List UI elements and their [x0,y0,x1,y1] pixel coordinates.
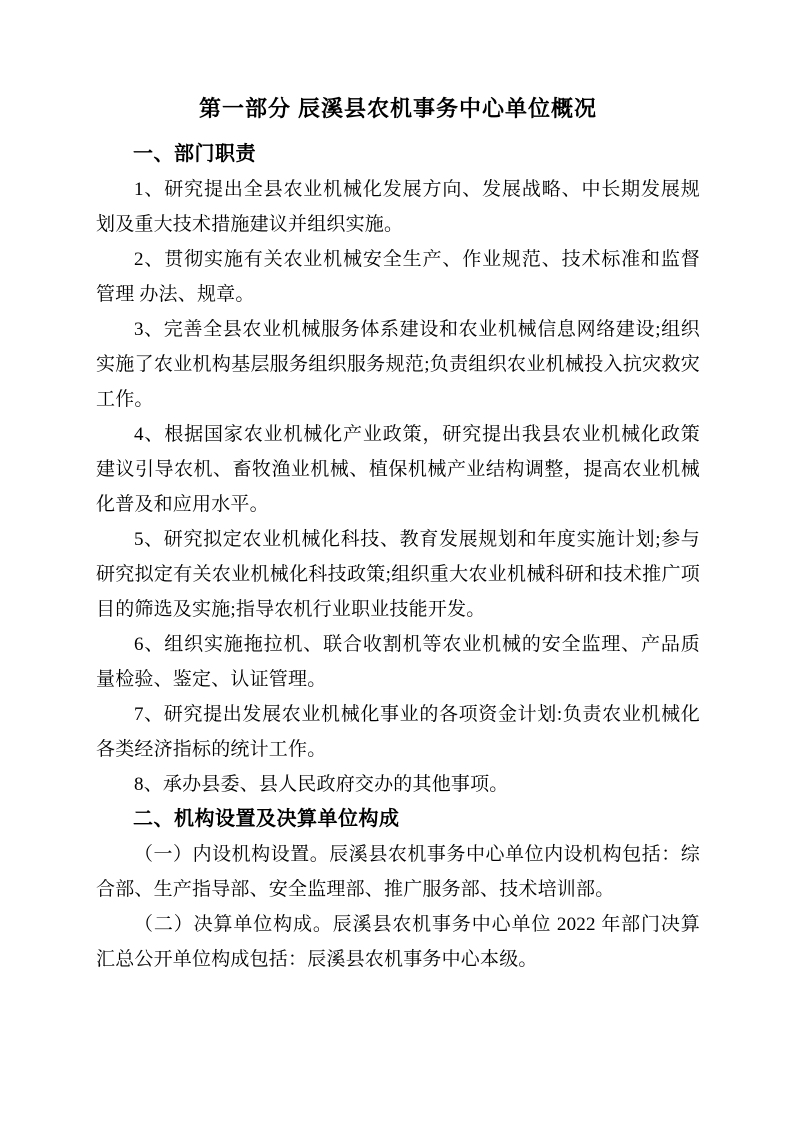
paragraph-final-accounts-unit: （二）决算单位构成。辰溪县农机事务中心单位 2022 年部门决算汇总公开单位构成… [96,907,700,977]
paragraph-duty-8: 8、承办县委、县人民政府交办的其他事项。 [96,767,700,802]
paragraph-duty-2: 2、贯彻实施有关农业机械安全生产、作业规范、技术标准和监督管理 办法、规章。 [96,242,700,312]
section-heading-organization-setup: 二、机构设置及决算单位构成 [96,802,700,837]
paragraph-duty-3: 3、完善全县农业机械服务体系建设和农业机械信息网络建设;组织实施了农业机构基层服… [96,312,700,417]
paragraph-duty-6: 6、组织实施拖拉机、联合收割机等农业机械的安全监理、产品质量检验、鉴定、认证管理… [96,627,700,697]
paragraph-internal-organization: （一）内设机构设置。辰溪县农机事务中心单位内设机构包括：综合部、生产指导部、安全… [96,837,700,907]
document-page: 第一部分 辰溪县农机事务中心单位概况 一、部门职责 1、研究提出全县农业机械化发… [0,0,793,1122]
paragraph-duty-5: 5、研究拟定农业机械化科技、教育发展规划和年度实施计划;参与研究拟定有关农业机械… [96,522,700,627]
paragraph-duty-4: 4、根据国家农业机械化产业政策，研究提出我县农业机械化政策建议引导农机、畜牧渔业… [96,417,700,522]
paragraph-duty-7: 7、研究提出发展农业机械化事业的各项资金计划:负责农业机械化各类经济指标的统计工… [96,697,700,767]
section-heading-department-duties: 一、部门职责 [96,137,700,172]
document-title: 第一部分 辰溪县农机事务中心单位概况 [96,88,700,130]
paragraph-duty-1: 1、研究提出全县农业机械化发展方向、发展战略、中长期发展规划及重大技术措施建议并… [96,172,700,242]
